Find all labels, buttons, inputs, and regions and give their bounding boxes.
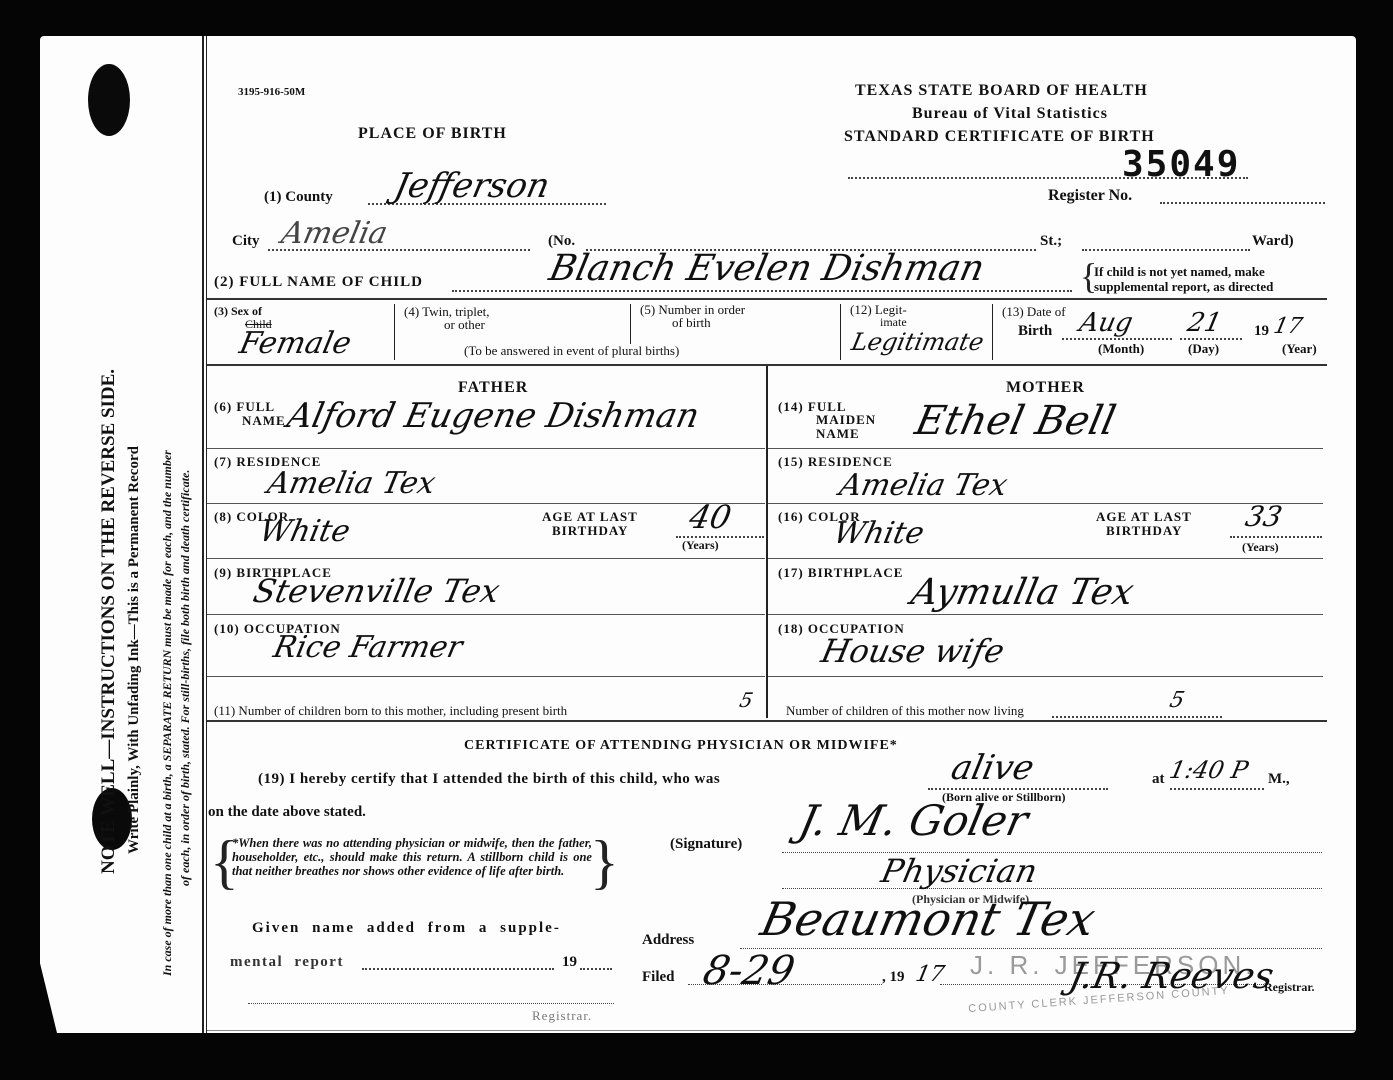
dob-year-prefix: 19 [1254, 323, 1269, 340]
father-age-value: 40 [686, 498, 735, 536]
father-name-value: Alford Eugene Dishman [284, 396, 703, 436]
dob-label-1: (13) Date of [1002, 304, 1066, 320]
children-living-line [1052, 716, 1222, 718]
father-name-line [207, 448, 765, 449]
child-name-label: (2) FULL NAME OF CHILD [214, 274, 423, 291]
not-named-note-1: If child is not yet named, make [1094, 264, 1265, 280]
margin-note-plural-2: of each, in order of birth, stated. For … [178, 470, 193, 886]
place-of-birth-heading: PLACE OF BIRTH [358, 125, 507, 143]
dob-year-value: 17 [1271, 314, 1304, 339]
footnote-brace-right: } [590, 832, 619, 892]
dob-label-2: Birth [1018, 323, 1052, 340]
city-label: City [232, 233, 260, 250]
father-years-caption: (Years) [682, 538, 719, 553]
birth-time-line [1170, 788, 1264, 790]
father-occupation-line [207, 676, 765, 677]
county-label: (1) County [264, 189, 333, 206]
mother-color-line [768, 558, 1323, 559]
row-divider-a [394, 304, 395, 360]
address-label: Address [642, 932, 694, 949]
mother-heading: MOTHER [1006, 379, 1085, 397]
register-label: Register No. [1048, 187, 1132, 205]
agency-title: TEXAS STATE BOARD OF HEALTH [855, 82, 1148, 100]
children-living-value: 5 [1167, 688, 1186, 713]
twin-label-2: or other [444, 317, 485, 333]
footnote-text: *When there was no attending physician o… [232, 836, 592, 878]
certificate-title: STANDARD CERTIFICATE OF BIRTH [844, 128, 1155, 146]
margin-divider-2 [206, 36, 207, 1033]
father-birthplace-line [207, 614, 765, 615]
birth-order-label-2: of birth [672, 315, 711, 331]
address-value: Beaumont Tex [756, 892, 1100, 946]
ward-line [1082, 249, 1250, 251]
mother-birthplace-line [768, 614, 1323, 615]
father-name-label-1: (6) FULL [214, 400, 275, 414]
section-divider-1 [207, 298, 1327, 300]
child-name-line [452, 290, 1072, 292]
child-name-value: Blanch Evelen Dishman [546, 248, 988, 289]
filed-date-value: 8-29 [699, 948, 799, 994]
punch-hole-top [88, 64, 130, 136]
m-suffix: M., [1268, 771, 1290, 788]
mother-color-value: White [830, 516, 927, 551]
dob-day-line [1180, 338, 1242, 340]
address-line [740, 948, 1322, 949]
signature-label: (Signature) [670, 836, 742, 853]
mother-residence-line [768, 503, 1323, 504]
father-age-label-1: AGE AT LAST [542, 510, 638, 524]
filed-label: Filed [642, 969, 675, 986]
mother-age-label-2: BIRTHDAY [1106, 524, 1182, 538]
plural-births-note: (To be answered in event of plural birth… [464, 343, 679, 359]
at-label: at [1152, 771, 1165, 788]
margin-note-plural-1: In case of more than one child at a birt… [160, 450, 175, 976]
father-age-label-2: BIRTHDAY [552, 524, 628, 538]
father-heading: FATHER [458, 379, 528, 397]
signature-value: J. M. Goler [795, 796, 1033, 845]
margin-divider [202, 36, 204, 1033]
bottom-border [207, 1030, 1356, 1031]
birth-certificate-page: NOTE WELL—INSTRUCTIONS ON THE REVERSE SI… [40, 36, 1356, 1033]
physician-title-value: Physician [878, 852, 1041, 890]
legitimate-value: Legitimate [849, 328, 986, 356]
mother-residence-label: (15) RESIDENCE [778, 455, 893, 469]
father-birthplace-value: Stevenville Tex [250, 572, 503, 610]
year-caption: (Year) [1282, 341, 1317, 357]
dob-month-value: Aug [1077, 308, 1136, 338]
mother-name-label-2: MAIDEN [816, 413, 876, 427]
dob-label-number: (13) Date of [1002, 304, 1066, 319]
registrar-signature: J.R. Reeves [1066, 956, 1278, 997]
sex-value: Female [236, 326, 354, 361]
certify-text: (19) I hereby certify that I attended th… [258, 771, 720, 788]
ward-label: Ward) [1252, 233, 1294, 250]
margin-note-permanent: Write Plainly, With Unfading Ink—This is… [126, 446, 143, 854]
mother-name-line [768, 448, 1323, 449]
month-caption: (Month) [1098, 341, 1144, 357]
supplemental-year-prefix: 19 [562, 954, 577, 971]
physician-heading: CERTIFICATE OF ATTENDING PHYSICIAN OR MI… [464, 738, 898, 754]
certificate-number-line [848, 177, 1248, 179]
mother-residence-value: Amelia Tex [836, 468, 1010, 503]
not-named-note-2: supplemental report, as directed [1094, 279, 1273, 295]
supplemental-line [362, 968, 554, 970]
father-color-line [207, 558, 765, 559]
date-above-stated: on the date above stated. [208, 804, 366, 821]
mother-occupation-line [768, 676, 1323, 677]
street-label: St.; [1040, 233, 1062, 250]
father-color-value: White [256, 514, 353, 549]
form-number: 3195-916-50M [238, 86, 305, 98]
mother-occupation-value: House wife [818, 632, 1008, 670]
father-residence-line [207, 503, 765, 504]
supplemental-line-2: mental report [230, 954, 344, 971]
row-divider-c [840, 304, 841, 360]
row-divider-d [992, 304, 993, 360]
signature-line [782, 852, 1322, 853]
dob-day-value: 21 [1185, 308, 1224, 338]
supplemental-year-line [580, 968, 612, 970]
father-residence-value: Amelia Tex [264, 466, 438, 501]
dob-month-line [1062, 338, 1172, 340]
mother-age-line [1230, 536, 1322, 538]
children-living-label: Number of children of this mother now li… [786, 703, 1024, 719]
county-value: Jefferson [391, 166, 554, 206]
father-name-label-2: NAME [242, 414, 286, 428]
city-value: Amelia [278, 216, 390, 251]
mother-birthplace-label: (17) BIRTHPLACE [778, 566, 903, 580]
mother-age-label-1: AGE AT LAST [1096, 510, 1192, 524]
supplemental-registrar-line [248, 1003, 614, 1004]
section-divider-3 [207, 720, 1327, 722]
mother-birthplace-value: Aymulla Tex [908, 572, 1138, 613]
supplemental-registrar-label: Registrar. [532, 1008, 592, 1024]
filed-year-prefix: , 19 [882, 969, 905, 986]
mother-name-value: Ethel Bell [911, 398, 1120, 444]
parents-column-divider [766, 366, 768, 718]
children-born-label: (11) Number of children born to this mot… [214, 703, 567, 719]
mother-years-caption: (Years) [1242, 540, 1279, 555]
bureau-title: Bureau of Vital Statistics [912, 105, 1108, 123]
birth-time-value: 1:40 P [1167, 756, 1251, 784]
margin-note-instructions: NOTE WELL—INSTRUCTIONS ON THE REVERSE SI… [98, 369, 120, 874]
mother-age-value: 33 [1242, 500, 1285, 533]
physician-title-line [782, 888, 1322, 889]
register-line [1160, 202, 1325, 204]
birth-status-value: alive [948, 748, 1038, 788]
day-caption: (Day) [1188, 341, 1219, 357]
supplemental-line-1: Given name added from a supple- [252, 920, 561, 937]
father-occupation-value: Rice Farmer [270, 630, 465, 665]
registrar-label: Registrar. [1264, 980, 1315, 995]
children-born-value: 5 [737, 688, 755, 712]
row-divider-b [630, 304, 631, 344]
mother-name-label-3: NAME [816, 427, 860, 441]
